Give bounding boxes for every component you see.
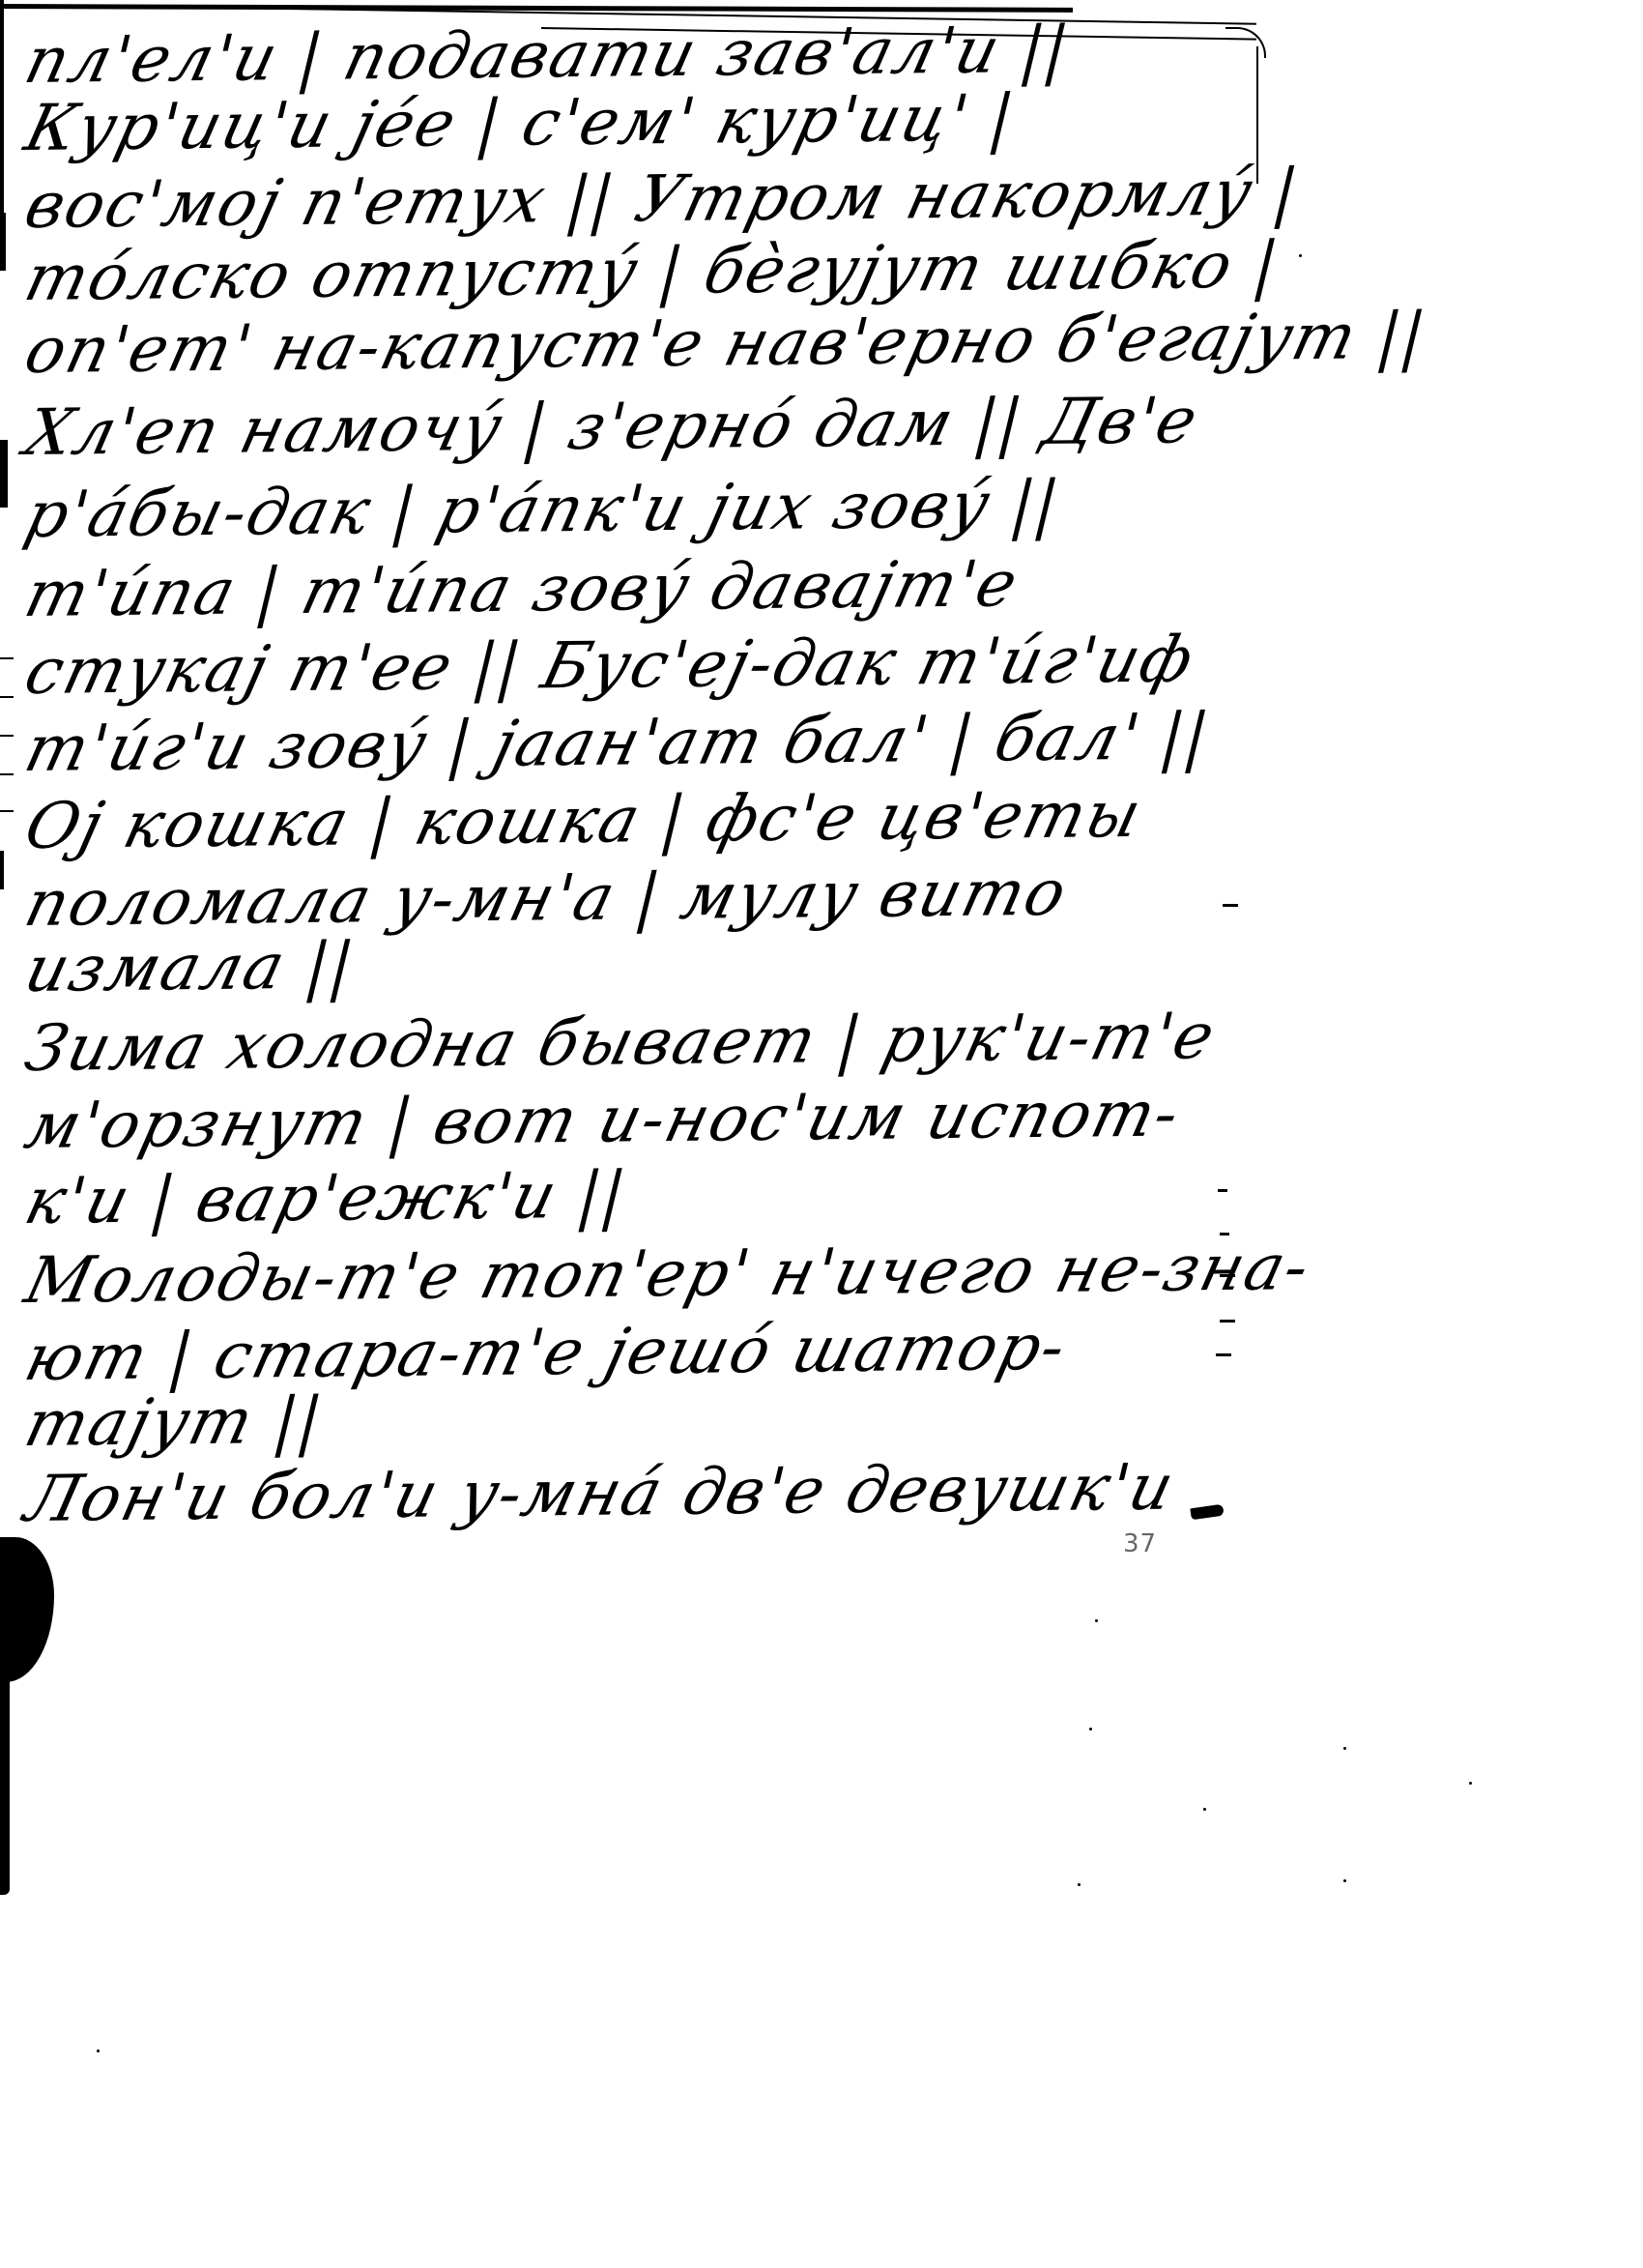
handwritten-line-20: Лон'и бол'и у-мна́ дв'е девушк'и bbox=[19, 1456, 1181, 1531]
handwritten-line-13: измала || bbox=[19, 934, 361, 1002]
handwritten-line-14: Зима холодна бывает | рук'и-т'е bbox=[19, 1004, 1222, 1081]
margin-dash bbox=[1218, 1189, 1227, 1192]
scan-speck bbox=[1299, 254, 1302, 257]
handwritten-line-18: ют | стара-т'е jешо́ шатор- bbox=[19, 1316, 1073, 1390]
handwritten-line-15: м'орзнут | вот и-нос'им испот- bbox=[19, 1083, 1187, 1158]
left-edge-bar bbox=[0, 0, 4, 232]
margin-tick bbox=[0, 810, 14, 812]
handwritten-line-12: поломала у-мн'а | мулу вито bbox=[19, 861, 1074, 936]
margin-tick bbox=[0, 735, 14, 737]
scan-speck bbox=[1469, 1782, 1472, 1785]
scan-speck bbox=[1078, 1883, 1081, 1886]
handwritten-line-10: т'и́г'и зову́ | jаан'ат бал' | бал' || bbox=[19, 705, 1217, 781]
ink-end-mark bbox=[1190, 1504, 1224, 1521]
margin-tick bbox=[0, 696, 14, 698]
handwritten-line-9: стукаj т'ее || Бус'еj-дак т'и́г'иф bbox=[19, 627, 1200, 704]
margin-mark bbox=[0, 851, 4, 889]
ink-blot bbox=[0, 1537, 54, 1682]
margin-dash bbox=[1220, 1233, 1229, 1236]
margin-mark bbox=[0, 440, 8, 508]
handwritten-line-4: то́лско отпусту́ | бѐгујут шибко | bbox=[19, 233, 1286, 310]
margin-tick bbox=[0, 657, 14, 659]
scan-speck bbox=[1089, 1728, 1092, 1730]
handwritten-line-5: оп'ет' на-капуст'е нав'ерно б'егајут || bbox=[19, 305, 1433, 383]
handwritten-line-7: р'а́бы-дак | р'а́пк'и jих зову́ || bbox=[19, 473, 1067, 547]
handwritten-line-6: Хл'еп намочу́ | з'ерно́ дам || Дв'е bbox=[19, 389, 1205, 465]
margin-tick bbox=[0, 773, 14, 775]
margin-dash bbox=[1216, 1353, 1231, 1356]
manuscript-page: пл'ел'и | подавати зав'ал'и || Кур'иц'и … bbox=[0, 0, 1643, 2268]
handwritten-line-17: Молоды-т'е топ'ер' н'ичего не-зна- bbox=[19, 1236, 1317, 1313]
scan-speck bbox=[1095, 1619, 1098, 1622]
scan-speck bbox=[1343, 1747, 1346, 1750]
margin-dash bbox=[1220, 1274, 1235, 1277]
handwritten-line-19: тајут || bbox=[19, 1389, 330, 1456]
handwritten-line-3: вос'мој п'етух || Утром накормлу́ | bbox=[19, 160, 1306, 238]
handwritten-line-16: к'и | вар'ежк'и || bbox=[19, 1164, 633, 1234]
scan-speck bbox=[1203, 1808, 1206, 1811]
handwritten-line-11: Оj кошка | кошка | фс'е цв'еты bbox=[19, 783, 1148, 858]
handwritten-line-8: т'и́па | т'и́па зову́ даваjт'е bbox=[19, 552, 1024, 626]
margin-mark bbox=[0, 213, 6, 271]
scan-speck bbox=[1343, 1879, 1346, 1882]
handwritten-line-2: Кур'иц'и jе́е | с'ем' кур'иц' | bbox=[19, 86, 1022, 160]
page-number: 37 bbox=[1123, 1529, 1157, 1558]
scan-speck bbox=[97, 2050, 100, 2052]
corner-curve bbox=[1225, 27, 1266, 58]
ink-blot-tail bbox=[0, 1672, 10, 1895]
margin-dash bbox=[1223, 904, 1238, 907]
margin-dash bbox=[1220, 1320, 1235, 1323]
